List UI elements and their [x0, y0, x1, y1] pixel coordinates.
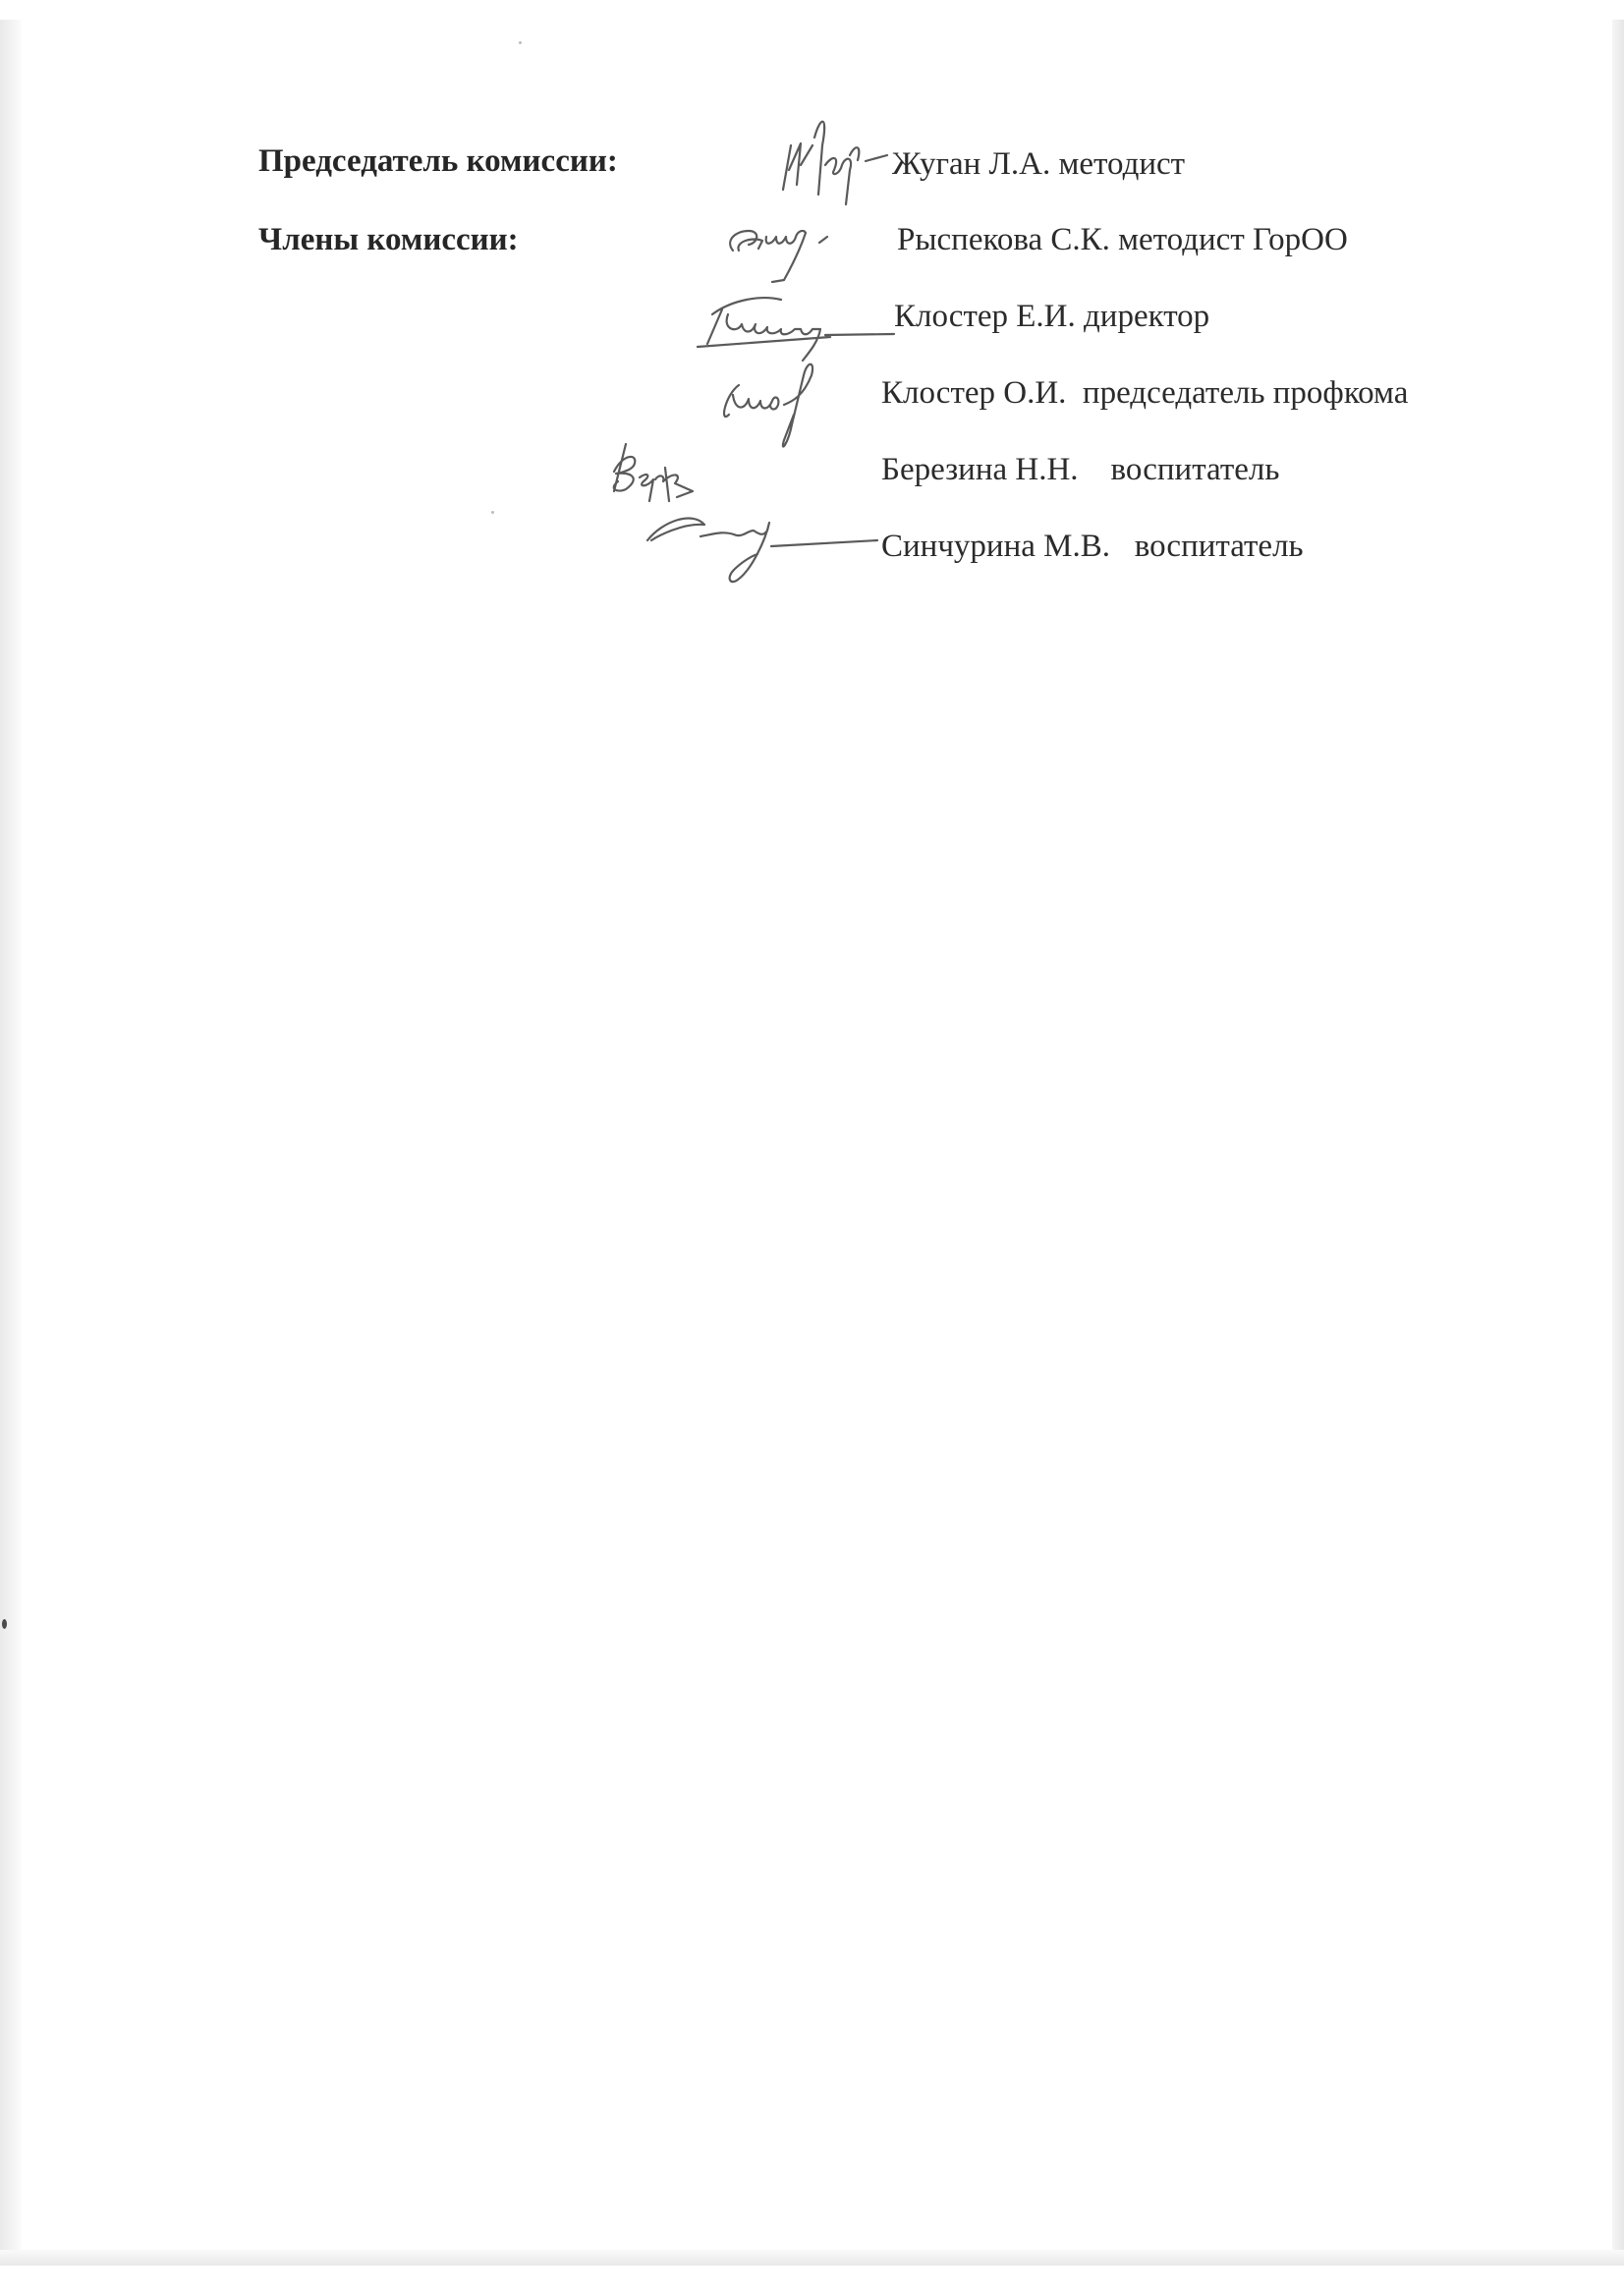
scan-bottom-edge	[0, 2250, 1624, 2266]
member-2-signature-icon	[693, 290, 899, 368]
scan-top-edge	[0, 0, 1624, 20]
member-1-signature-icon	[725, 201, 872, 285]
scan-speck	[519, 41, 522, 44]
scan-speck	[491, 511, 494, 514]
member-3-signature-icon	[715, 356, 863, 464]
member-2-name: Клостер Е.И. директор	[894, 301, 1209, 333]
member-5-signature-icon	[644, 501, 889, 589]
chair-signature-icon	[771, 116, 899, 224]
scan-left-edge	[0, 20, 22, 2265]
member-4-name: Березина Н.Н. воспитатель	[881, 454, 1279, 486]
scan-right-edge	[1612, 20, 1624, 2265]
members-label: Члены комиссии:	[258, 224, 519, 256]
member-3-name: Клостер О.И. председатель профкома	[881, 377, 1408, 410]
chair-label: Председатель комиссии:	[258, 145, 618, 178]
scan-speck	[2, 1619, 7, 1629]
chair-name: Жуган Л.А. методист	[892, 148, 1185, 181]
member-4-signature-icon	[604, 432, 742, 521]
member-5-name: Синчурина М.В. воспитатель	[881, 531, 1304, 563]
member-1-name: Рыспекова С.К. методист ГорОО	[897, 224, 1348, 256]
